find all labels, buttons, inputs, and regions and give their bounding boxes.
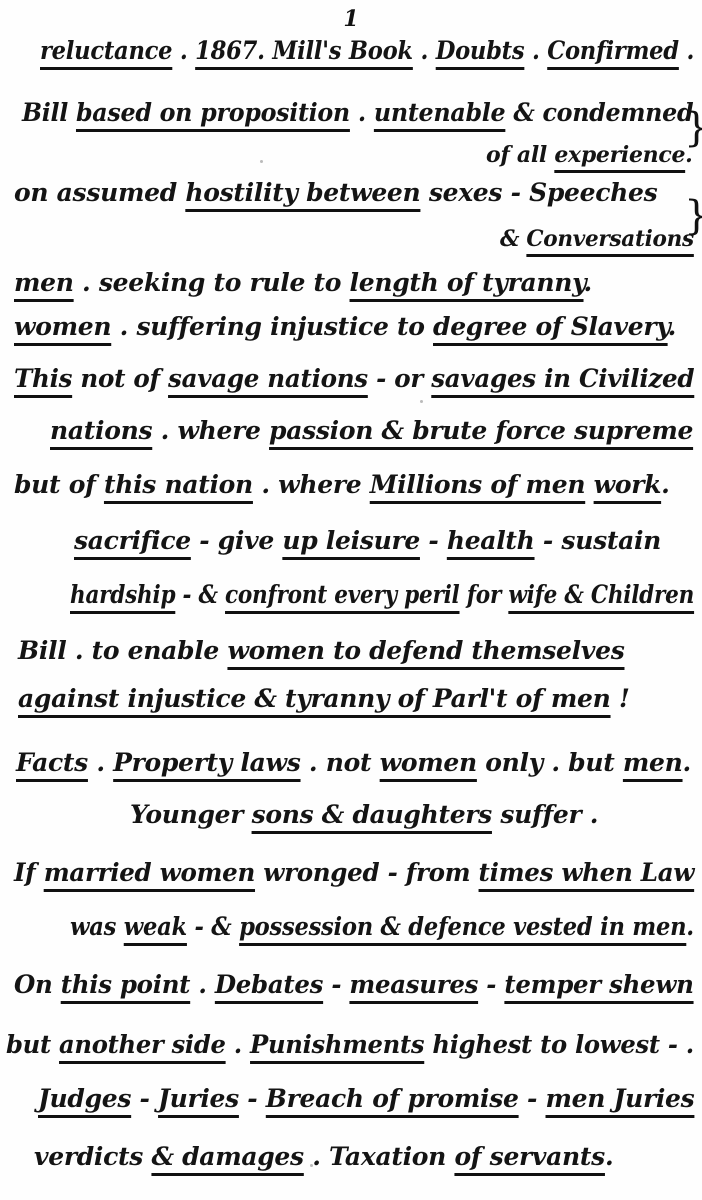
underlined-phrase: Breach of promise xyxy=(266,1084,519,1113)
underlined-phrase: Facts xyxy=(16,748,88,777)
text-phrase: Bill . to enable xyxy=(18,636,227,665)
underlined-phrase: times when Law xyxy=(479,858,695,887)
underlined-phrase: Property laws xyxy=(113,748,300,777)
manuscript-line: hardship - & confront every peril for wi… xyxy=(70,580,694,610)
manuscript-line: against injustice & tyranny of Parl't of… xyxy=(18,684,630,714)
text-phrase: . xyxy=(172,36,195,65)
text-phrase: was xyxy=(70,912,124,941)
text-phrase: If xyxy=(14,858,44,887)
paper-speck xyxy=(260,160,263,163)
text-phrase: . where xyxy=(152,416,269,445)
text-phrase: . xyxy=(584,268,592,297)
text-phrase: . suffering injustice to xyxy=(111,312,433,341)
underlined-phrase: degree of Slavery xyxy=(433,312,668,341)
text-phrase: . xyxy=(668,312,676,341)
text-phrase: . xyxy=(226,1030,250,1059)
underlined-phrase: savages in Civilized xyxy=(431,364,694,393)
underlined-phrase: possession & defence vested in men xyxy=(239,912,686,941)
underlined-phrase: passion & brute force supreme xyxy=(269,416,693,445)
paper-speck xyxy=(420,400,423,403)
text-phrase: . seeking to rule to xyxy=(74,268,350,297)
text-phrase: . not xyxy=(301,748,380,777)
manuscript-line: & Conversations xyxy=(500,224,694,254)
underlined-phrase: of servants xyxy=(454,1142,605,1171)
underlined-phrase: length of tyranny xyxy=(350,268,584,297)
manuscript-page: 1 reluctance . 1867. Mill's Book . Doubt… xyxy=(0,0,702,1200)
text-phrase: not of xyxy=(72,364,168,393)
underlined-phrase: confront every peril xyxy=(225,580,459,609)
manuscript-line: women . suffering injustice to degree of… xyxy=(14,312,676,342)
text-phrase: but of xyxy=(14,470,104,499)
underlined-phrase: Confirmed xyxy=(547,36,679,65)
underlined-phrase: hostility between xyxy=(185,178,420,207)
underlined-phrase: this point xyxy=(61,970,190,999)
underlined-phrase: women to defend themselves xyxy=(227,636,624,665)
text-phrase: Younger xyxy=(130,800,252,829)
text-phrase: - xyxy=(239,1084,266,1113)
underlined-phrase: measures xyxy=(349,970,478,999)
underlined-phrase: Juries xyxy=(158,1084,239,1113)
underlined-phrase: Conversations xyxy=(526,226,693,252)
text-phrase: wronged - from xyxy=(255,858,479,887)
text-phrase: . xyxy=(661,470,669,499)
text-phrase: but xyxy=(6,1030,59,1059)
underlined-phrase: This xyxy=(14,364,72,393)
manuscript-line: On this point . Debates - measures - tem… xyxy=(14,970,694,1000)
text-phrase: . xyxy=(679,36,694,65)
text-phrase: on assumed xyxy=(14,178,185,207)
underlined-phrase: weak xyxy=(124,912,187,941)
underlined-phrase: women xyxy=(380,748,477,777)
text-phrase: On xyxy=(14,970,61,999)
manuscript-line: Bill based on proposition . untenable & … xyxy=(22,98,693,128)
text-phrase: only . but xyxy=(477,748,623,777)
text-phrase: for xyxy=(460,580,509,609)
underlined-phrase: Punishments xyxy=(250,1030,424,1059)
underlined-phrase: men xyxy=(623,748,683,777)
underlined-phrase: women xyxy=(14,312,111,341)
text-phrase: & condemned xyxy=(505,98,693,127)
text-phrase xyxy=(585,470,593,499)
text-phrase: ! xyxy=(611,684,630,713)
manuscript-line: Judges - Juries - Breach of promise - me… xyxy=(38,1084,694,1114)
underlined-phrase: another side xyxy=(59,1030,226,1059)
manuscript-line: but of this nation . where Millions of m… xyxy=(14,470,670,500)
manuscript-line: nations . where passion & brute force su… xyxy=(50,416,693,446)
text-phrase: - & xyxy=(187,912,239,941)
underlined-phrase: based on proposition xyxy=(76,98,350,127)
underlined-phrase: reluctance xyxy=(40,36,172,65)
underlined-phrase: & damages xyxy=(151,1142,303,1171)
underlined-phrase: men xyxy=(14,268,74,297)
underlined-phrase: experience xyxy=(554,142,685,168)
manuscript-line: on assumed hostility between sexes - Spe… xyxy=(14,178,657,208)
text-phrase: of all xyxy=(486,142,554,168)
right-brace-decoration: } xyxy=(684,108,702,148)
paper-speck xyxy=(310,1164,313,1167)
right-brace-decoration: } xyxy=(684,196,702,236)
text-phrase: verdicts xyxy=(34,1142,151,1171)
text-phrase: . xyxy=(88,748,113,777)
text-phrase: . xyxy=(524,36,547,65)
text-phrase: . xyxy=(190,970,215,999)
page-number: 1 xyxy=(0,6,702,32)
underlined-phrase: Debates xyxy=(215,970,323,999)
underlined-phrase: work xyxy=(594,470,662,499)
manuscript-line: Younger sons & daughters suffer . xyxy=(130,800,598,830)
underlined-phrase: up leisure xyxy=(282,526,420,555)
text-phrase: . xyxy=(683,748,691,777)
manuscript-line: Bill . to enable women to defend themsel… xyxy=(18,636,624,666)
text-phrase: - xyxy=(519,1084,546,1113)
manuscript-line: men . seeking to rule to length of tyran… xyxy=(14,268,592,298)
underlined-phrase: wife & Children xyxy=(508,580,694,609)
manuscript-line: but another side . Punishments highest t… xyxy=(6,1030,694,1060)
text-phrase: . xyxy=(350,98,374,127)
text-phrase: & xyxy=(500,226,526,252)
text-phrase: sexes - Speeches xyxy=(420,178,657,207)
text-phrase: - sustain xyxy=(535,526,662,555)
underlined-phrase: Doubts xyxy=(436,36,525,65)
underlined-phrase: temper shewn xyxy=(504,970,693,999)
text-phrase: highest to lowest - . xyxy=(424,1030,694,1059)
underlined-phrase: sacrifice xyxy=(74,526,191,555)
manuscript-line: If married women wronged - from times wh… xyxy=(14,858,694,888)
underlined-phrase: sons & daughters xyxy=(252,800,492,829)
underlined-phrase: untenable xyxy=(374,98,505,127)
underlined-phrase: Millions of men xyxy=(370,470,585,499)
text-phrase: - & xyxy=(175,580,225,609)
manuscript-line: was weak - & possession & defence vested… xyxy=(70,912,694,942)
manuscript-line: verdicts & damages . Taxation of servant… xyxy=(34,1142,613,1172)
text-phrase: - or xyxy=(368,364,431,393)
underlined-phrase: men Juries xyxy=(546,1084,695,1113)
text-phrase: . xyxy=(413,36,436,65)
text-phrase: . Taxation xyxy=(304,1142,455,1171)
text-phrase: Bill xyxy=(22,98,76,127)
manuscript-line: Facts . Property laws . not women only .… xyxy=(16,748,691,778)
manuscript-line: sacrifice - give up leisure - health - s… xyxy=(74,526,661,556)
underlined-phrase: health xyxy=(447,526,535,555)
text-phrase: - xyxy=(478,970,504,999)
text-phrase: - give xyxy=(191,526,283,555)
underlined-phrase: savage nations xyxy=(168,364,368,393)
underlined-phrase: Judges xyxy=(38,1084,131,1113)
text-phrase: - xyxy=(420,526,447,555)
text-phrase: - xyxy=(323,970,349,999)
text-phrase: . xyxy=(605,1142,613,1171)
underlined-phrase: against injustice & tyranny of Parl't of… xyxy=(18,684,611,713)
underlined-phrase: married women xyxy=(44,858,255,887)
underlined-phrase: nations xyxy=(50,416,152,445)
text-phrase: - xyxy=(131,1084,158,1113)
text-phrase: suffer . xyxy=(492,800,598,829)
text-phrase: . where xyxy=(253,470,370,499)
manuscript-line: reluctance . 1867. Mill's Book . Doubts … xyxy=(40,36,694,66)
text-phrase: . xyxy=(686,912,694,941)
manuscript-line: of all experience. xyxy=(486,140,693,170)
underlined-phrase: this nation xyxy=(104,470,253,499)
underlined-phrase: hardship xyxy=(70,580,175,609)
manuscript-line: This not of savage nations - or savages … xyxy=(14,364,694,394)
underlined-phrase: 1867. Mill's Book xyxy=(195,36,413,65)
